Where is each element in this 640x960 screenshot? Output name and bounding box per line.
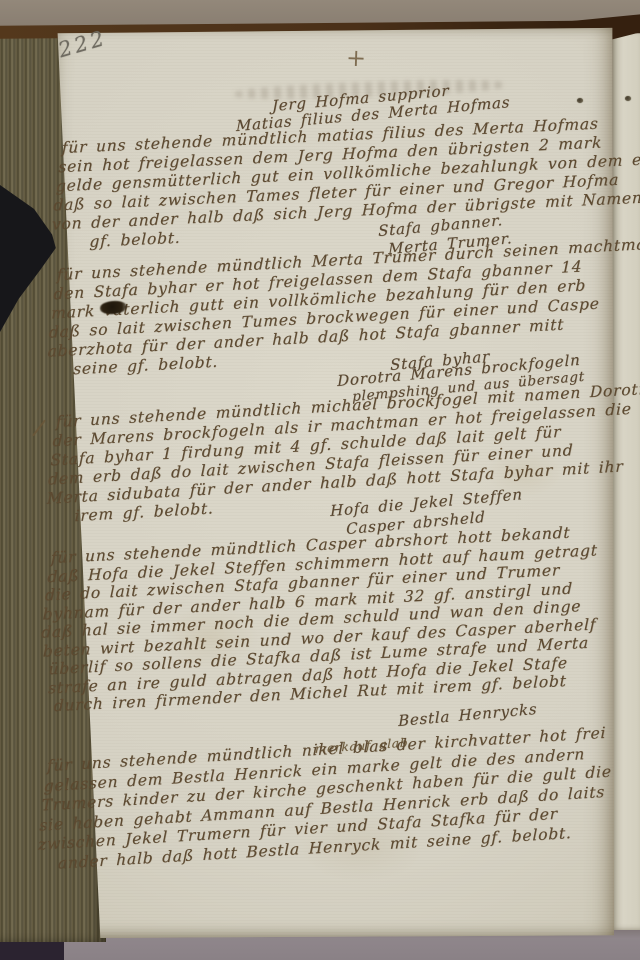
cross-mark: + — [346, 44, 367, 73]
record-4-paragraph: für uns stehende mündtlich Casper abrsho… — [48, 522, 599, 716]
wormhole — [577, 98, 583, 103]
wormhole — [625, 96, 631, 101]
manuscript-photo: 222 + Jerg Hofma supprior Matias filius … — [0, 0, 640, 960]
